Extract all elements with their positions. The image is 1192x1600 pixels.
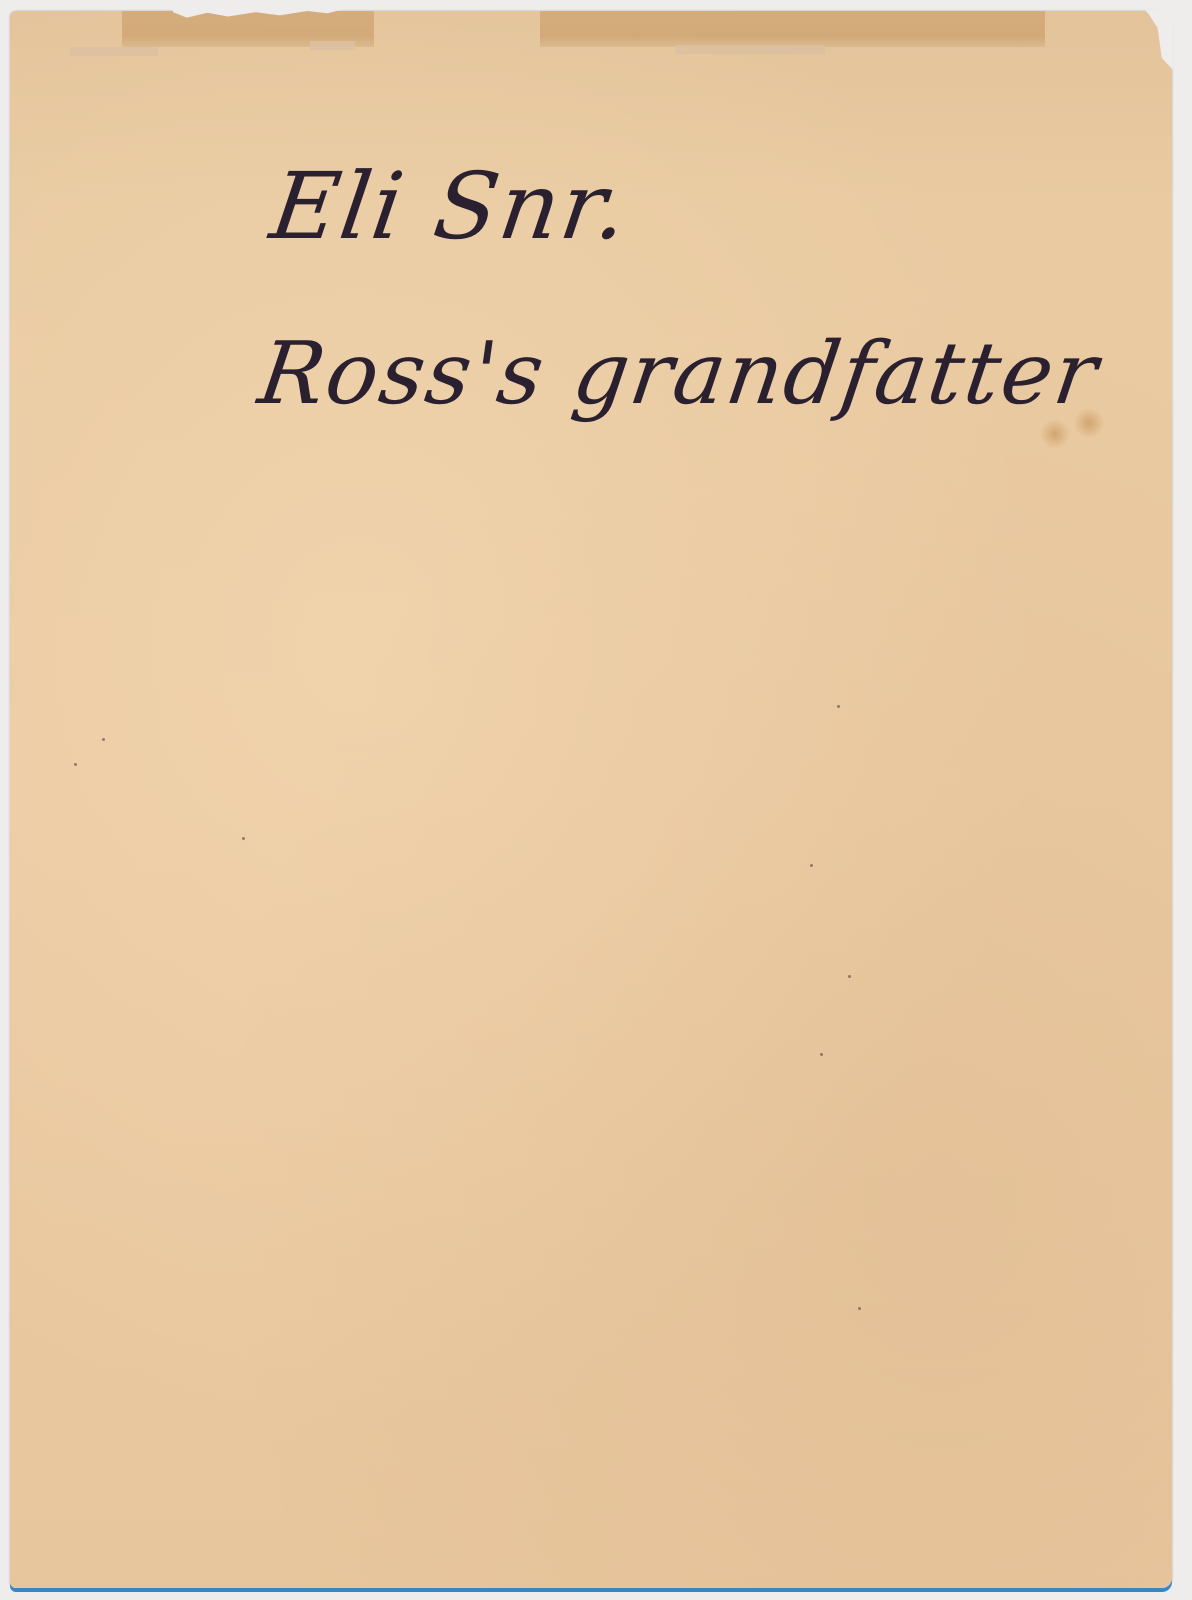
- speck: [837, 705, 840, 708]
- worn-corner: [1145, 10, 1173, 70]
- card-mount: Eli Snr. Ross's grandfatter: [10, 11, 1172, 1588]
- handwritten-relation: Ross's grandfatter: [254, 331, 1104, 417]
- speck: [102, 738, 105, 741]
- tape-strip: [675, 45, 825, 54]
- tape-strip: [310, 41, 355, 50]
- speck: [848, 975, 851, 978]
- handwritten-name: Eli Snr.: [266, 161, 636, 253]
- speck: [74, 763, 77, 766]
- speck: [242, 837, 245, 840]
- speck: [820, 1053, 823, 1056]
- speck: [810, 864, 813, 867]
- speck: [858, 1307, 861, 1310]
- tape-strip: [70, 47, 158, 56]
- tape-residue-right: [540, 11, 1045, 47]
- scan-background: Eli Snr. Ross's grandfatter: [0, 0, 1192, 1600]
